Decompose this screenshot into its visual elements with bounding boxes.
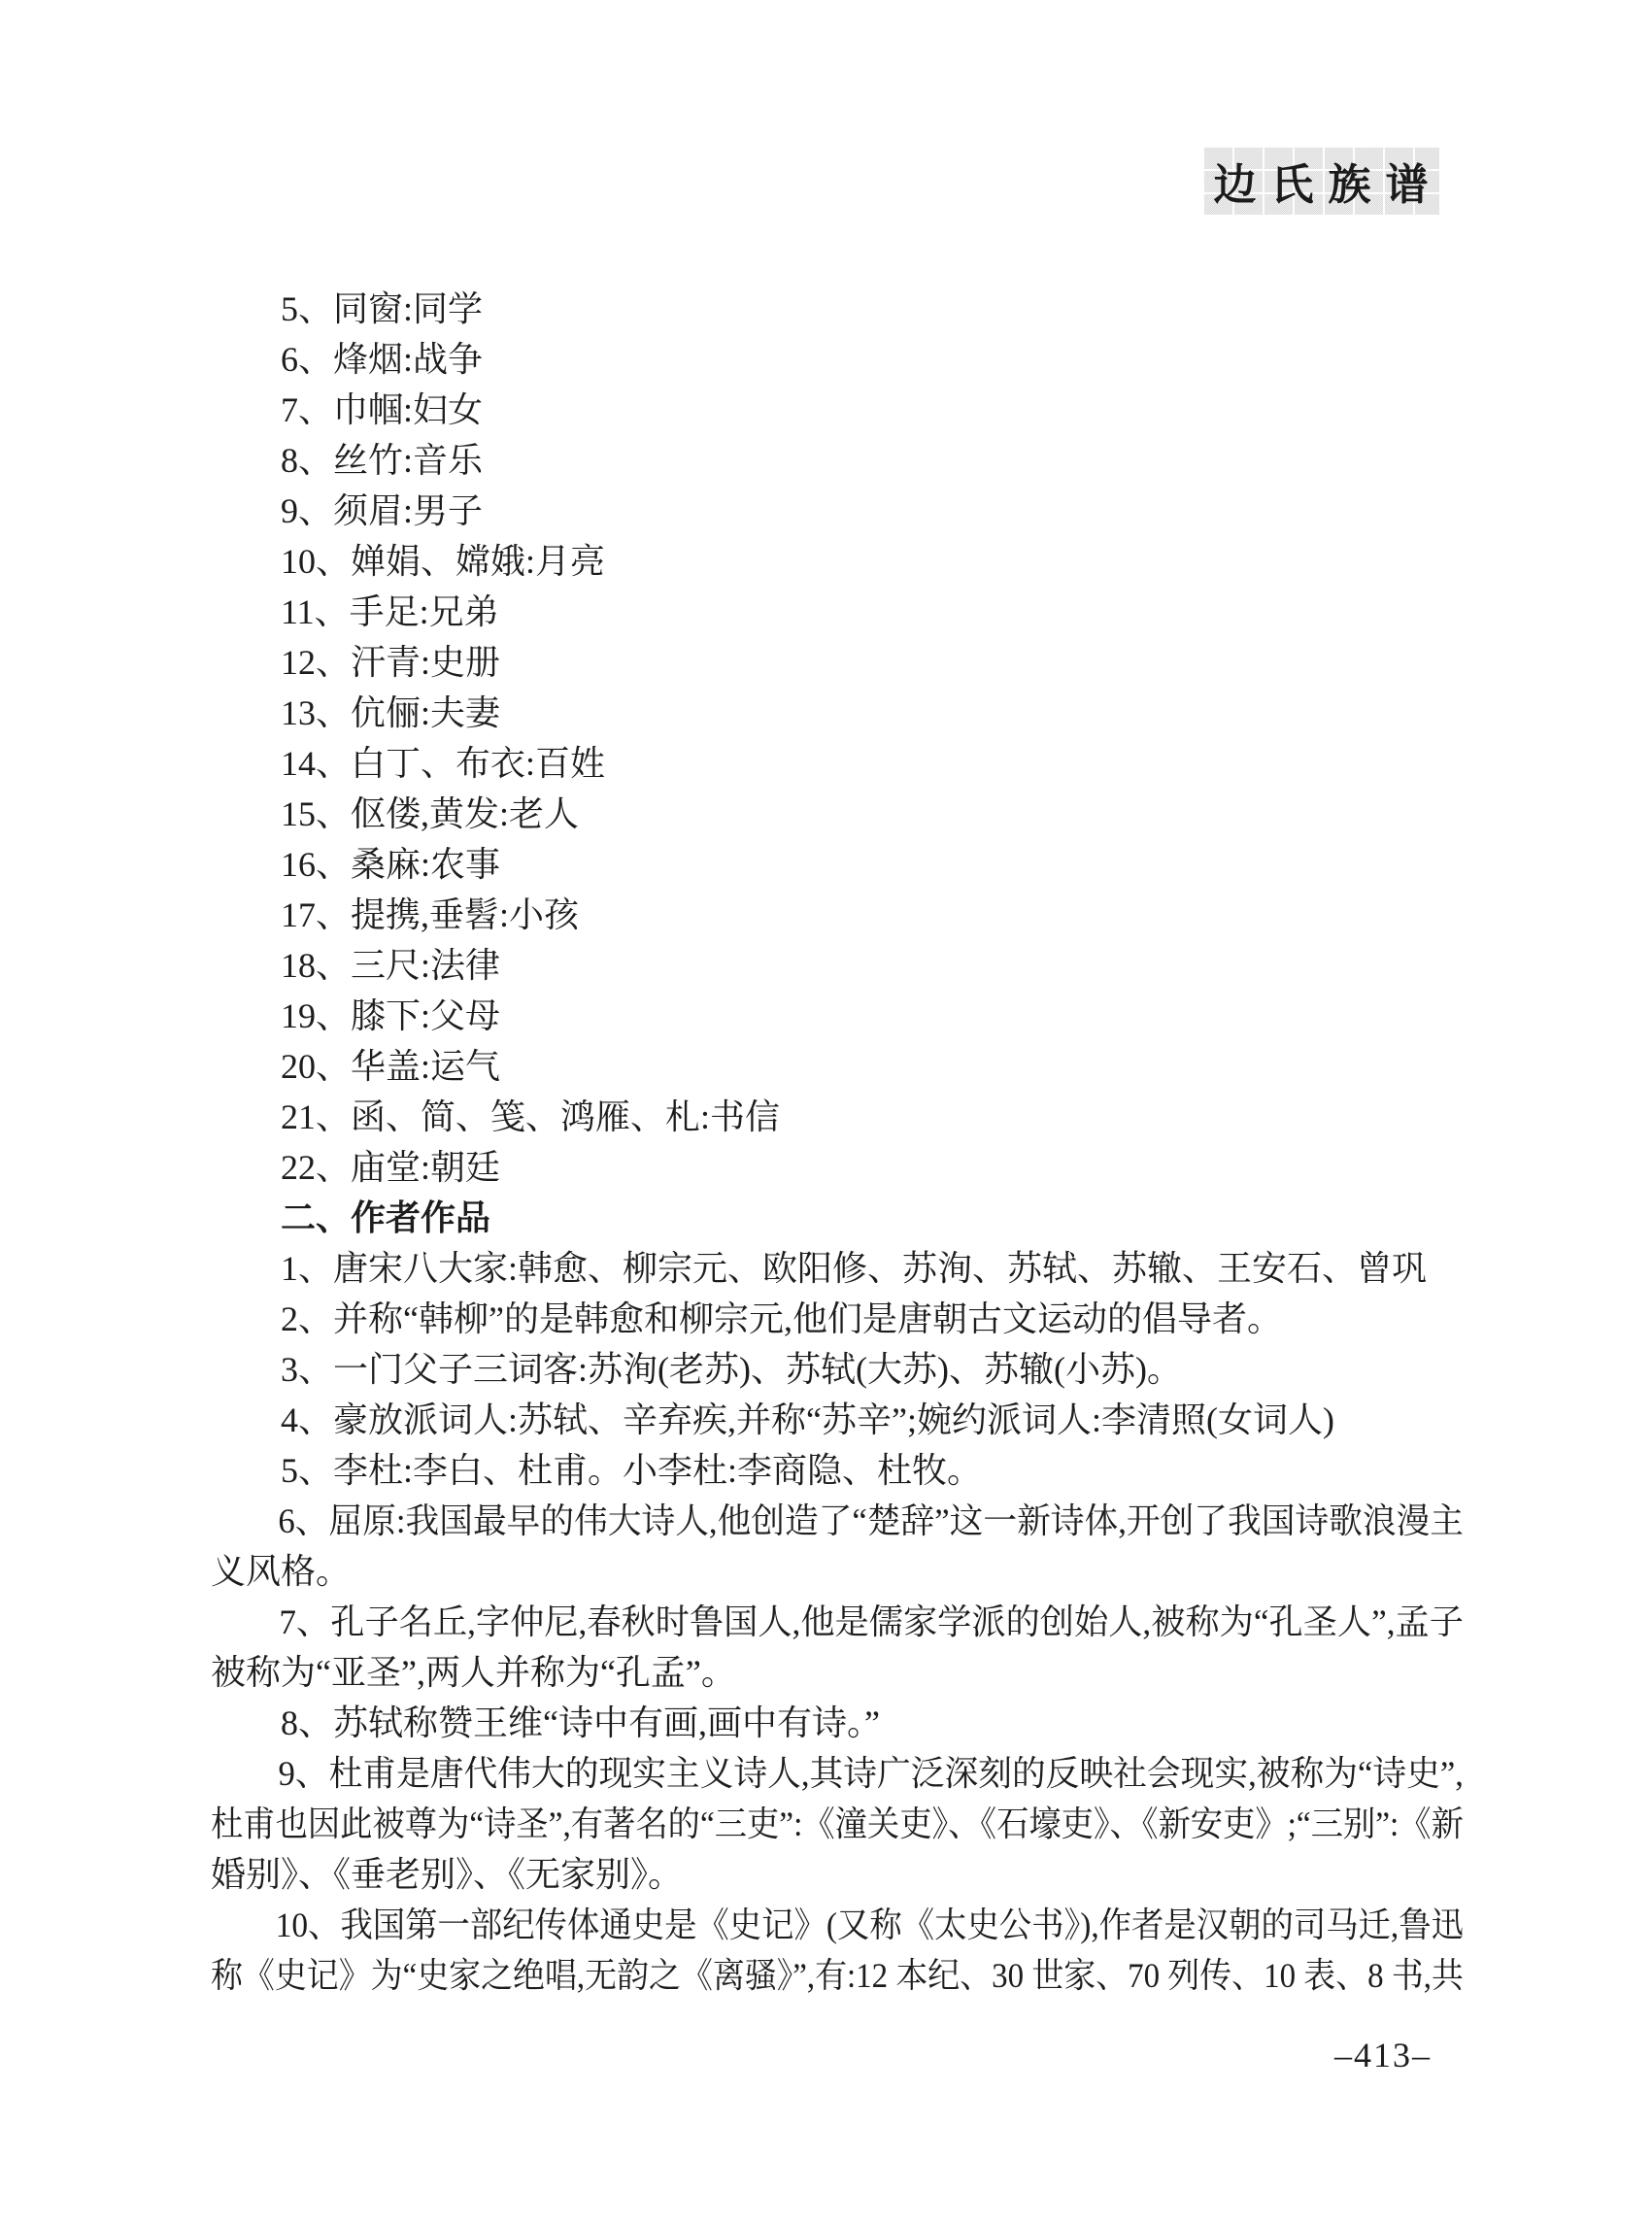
list-item: 2、并称“韩柳”的是韩愈和柳宗元,他们是唐朝古文运动的倡导者。 bbox=[211, 1294, 1464, 1344]
paragraph-line: 7、孔子名丘,字仲尼,春秋时鲁国人,他是儒家学派的创始人,被称为“孔圣人”,孟子 bbox=[211, 1597, 1436, 1647]
paragraph-line: 10、我国第一部纪传体通史是《史记》(又称《太史公书》),作者是汉朝的司马迁,鲁… bbox=[211, 1900, 1371, 1950]
list-item: 16、桑麻:农事 bbox=[211, 839, 1464, 890]
list-item: 22、庙堂:朝廷 bbox=[211, 1142, 1464, 1193]
list-item: 10、婵娟、嫦娥:月亮 bbox=[211, 536, 1464, 587]
list-item: 7、巾帼:妇女 bbox=[211, 385, 1464, 435]
banner-title: 边氏族谱 bbox=[1214, 150, 1443, 212]
list-item: 5、同窗:同学 bbox=[211, 284, 1464, 334]
list-item: 8、苏轼称赞王维“诗中有画,画中有诗。” bbox=[211, 1698, 1464, 1748]
list-item: 19、膝下:父母 bbox=[211, 991, 1464, 1041]
list-item: 14、白丁、布衣:百姓 bbox=[211, 738, 1464, 789]
list-item: 20、华盖:运气 bbox=[211, 1041, 1464, 1092]
header-banner: 边氏族谱 bbox=[1202, 146, 1439, 215]
paragraph-line: 义风格。 bbox=[211, 1546, 1464, 1597]
paragraph-line: 9、杜甫是唐代伟大的现实主义诗人,其诗广泛深刻的反映社会现实,被称为“诗史”, bbox=[211, 1748, 1420, 1799]
page-number: –413– bbox=[1334, 2036, 1432, 2074]
paragraph-line: 6、屈原:我国最早的伟大诗人,他创造了“楚辞”这一新诗体,开创了我国诗歌浪漫主 bbox=[211, 1496, 1419, 1546]
paragraph-line: 被称为“亚圣”,两人并称为“孔孟”。 bbox=[211, 1647, 1464, 1698]
list-item: 11、手足:兄弟 bbox=[211, 587, 1464, 637]
paragraph-line: 杜甫也因此被尊为“诗圣”,有著名的“三吏”:《潼关吏》、《石壕吏》、《新安吏》;… bbox=[211, 1799, 1369, 1849]
list-item: 8、丝竹:音乐 bbox=[211, 435, 1464, 486]
list-item: 6、烽烟:战争 bbox=[211, 334, 1464, 385]
list-item: 5、李杜:李白、杜甫。小李杜:李商隐、杜牧。 bbox=[211, 1445, 1464, 1496]
list-item: 15、伛偻,黄发:老人 bbox=[211, 789, 1464, 839]
list-item: 1、唐宋八大家:韩愈、柳宗元、欧阳修、苏洵、苏轼、苏辙、王安石、曾巩 bbox=[211, 1243, 1464, 1294]
paragraph-line: 称《史记》为“史家之绝唱,无韵之《离骚》”,有:12 本纪、30 世家、70 列… bbox=[211, 1950, 1357, 2001]
list-item: 4、豪放派词人:苏轼、辛弃疾,并称“苏辛”;婉约派词人:李清照(女词人) bbox=[211, 1395, 1464, 1445]
section-heading: 二、作者作品 bbox=[211, 1193, 1464, 1243]
content-area: 5、同窗:同学6、烽烟:战争7、巾帼:妇女8、丝竹:音乐9、须眉:男子10、婵娟… bbox=[211, 284, 1464, 2001]
book-page: 边氏族谱 5、同窗:同学6、烽烟:战争7、巾帼:妇女8、丝竹:音乐9、须眉:男子… bbox=[0, 0, 1652, 2226]
list-item: 13、伉俪:夫妻 bbox=[211, 688, 1464, 738]
list-item: 17、提携,垂髫:小孩 bbox=[211, 890, 1464, 940]
paragraph-line: 婚别》、《垂老别》、《无家别》。 bbox=[211, 1849, 1464, 1900]
list-item: 12、汗青:史册 bbox=[211, 637, 1464, 688]
list-item: 3、一门父子三词客:苏洵(老苏)、苏轼(大苏)、苏辙(小苏)。 bbox=[211, 1344, 1464, 1395]
list-item: 18、三尺:法律 bbox=[211, 940, 1464, 991]
list-item: 9、须眉:男子 bbox=[211, 486, 1464, 536]
list-item: 21、函、简、笺、鸿雁、札:书信 bbox=[211, 1092, 1464, 1142]
